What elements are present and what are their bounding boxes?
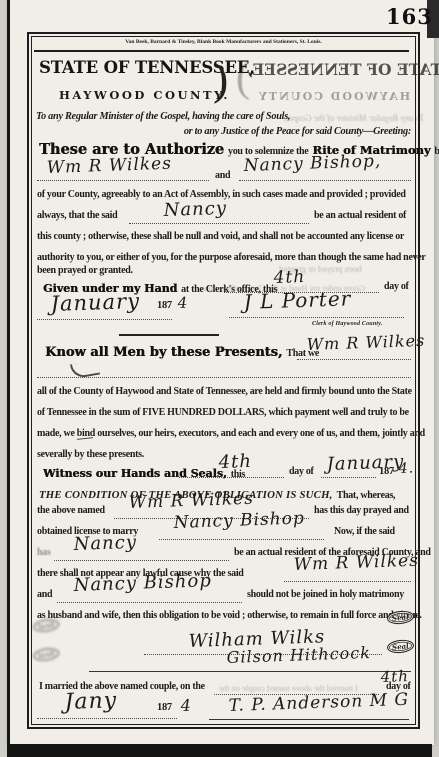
clerk-year-printed: 187: [157, 300, 172, 311]
printer-credit: Van Beek, Barnard & Tinsley, Blank Book …: [29, 39, 418, 45]
license-post: Now, if the said: [334, 526, 395, 537]
clerk-signature: J L Porter: [243, 286, 351, 314]
signature-line: [89, 671, 411, 672]
license-body-2-pre: always, that the said: [37, 210, 117, 221]
return-month-handwritten: Jany: [64, 688, 117, 715]
and-label: and: [215, 170, 230, 181]
blank-line: [37, 718, 177, 719]
blank-line: [159, 539, 324, 540]
page-number: 163: [386, 4, 433, 29]
scan-bottom-bar: [8, 744, 432, 757]
blank-line: [297, 359, 411, 360]
blank-line: [57, 602, 242, 603]
county-title: HAYWOOD COUNTY.: [59, 88, 230, 102]
scan-edge-line: [7, 0, 10, 757]
bond-body-3: made, we bind ourselves, our heirs, exec…: [37, 428, 425, 439]
know-all-men-heading: Know all Men by these Presents,: [45, 345, 282, 360]
struck-word: has: [37, 547, 51, 558]
blank-line: [37, 180, 209, 181]
blank-line: [37, 319, 172, 320]
that-whereas: That, whereas,: [337, 490, 396, 501]
day-of-label: day of: [384, 281, 409, 292]
license-body-5: been prayed or granted.: [37, 265, 133, 276]
resident-bride-handwritten: Nancy: [73, 532, 137, 555]
document-border: Van Beek, Barnard & Tinsley, Blank Book …: [27, 32, 420, 729]
named-post: has this day prayed and: [314, 505, 409, 516]
clerk-title: Clerk of Haywood County.: [312, 321, 383, 327]
clerk-month-handwritten: January: [50, 289, 140, 316]
blank-line: [54, 560, 229, 561]
license-body-4: authority to you, or either of you, for …: [37, 252, 426, 263]
bond-body-1: all of the County of Haywood and State o…: [37, 386, 412, 397]
return-year-handwritten: 4: [180, 696, 192, 715]
blank-line: [229, 317, 404, 318]
clerk-day-handwritten: 4th: [273, 267, 305, 288]
blank-line: [37, 377, 411, 378]
header-brace: ): [213, 52, 228, 105]
joined-post: should not be joined in holy matrimony: [247, 589, 404, 600]
license-body-3: this county ; otherwise, these shall be …: [37, 231, 404, 242]
salutation-bleedthrough: To any Regular Minister of the Gospel,: [284, 113, 424, 123]
salutation-line1: To any Regular Minister of the Gospel, h…: [36, 111, 290, 122]
document-inner-border: [31, 36, 416, 725]
state-title-bleedthrough: STATE OF TENNESSEE,: [247, 60, 439, 79]
blank-line: [239, 180, 411, 181]
bride-first-name-handwritten: Nancy: [163, 198, 227, 221]
salutation-line2: or to any Justice of the Peace for said …: [29, 126, 411, 137]
section-divider: [119, 334, 219, 336]
witness-day-handwritten: 4th: [218, 451, 252, 473]
witness-day-of: day of: [289, 466, 314, 477]
return-year-printed: 187: [157, 702, 172, 713]
bond-body-2: of Tennessee in the sum of FIVE HUNDRED …: [37, 407, 409, 418]
witness-year-printed: 187: [379, 466, 394, 477]
blank-line: [179, 477, 284, 478]
blank-line: [284, 581, 411, 582]
authorize-between: between: [434, 146, 439, 157]
scanned-document: 163 Van Beek, Barnard & Tinsley, Blank B…: [0, 0, 439, 757]
blank-line: [129, 223, 309, 224]
blank-line: [321, 477, 376, 478]
bond-body-4: severally by these presents.: [37, 449, 144, 460]
witness-heading: Witness our Hands and Seals,: [43, 467, 227, 480]
and-label-2: and: [37, 589, 52, 600]
named-pre: the above named: [37, 505, 105, 516]
condition-closing: as husband and wife, then this obligatio…: [37, 610, 422, 621]
clerk-year-handwritten: 4: [177, 294, 188, 312]
signature-line: [209, 719, 409, 720]
license-body-2-post: be an actual resident of: [314, 210, 406, 221]
county-title-bleedthrough: HAYWOOD COUNTY: [257, 90, 410, 103]
witness-year-handwritten: 4.: [398, 460, 414, 477]
